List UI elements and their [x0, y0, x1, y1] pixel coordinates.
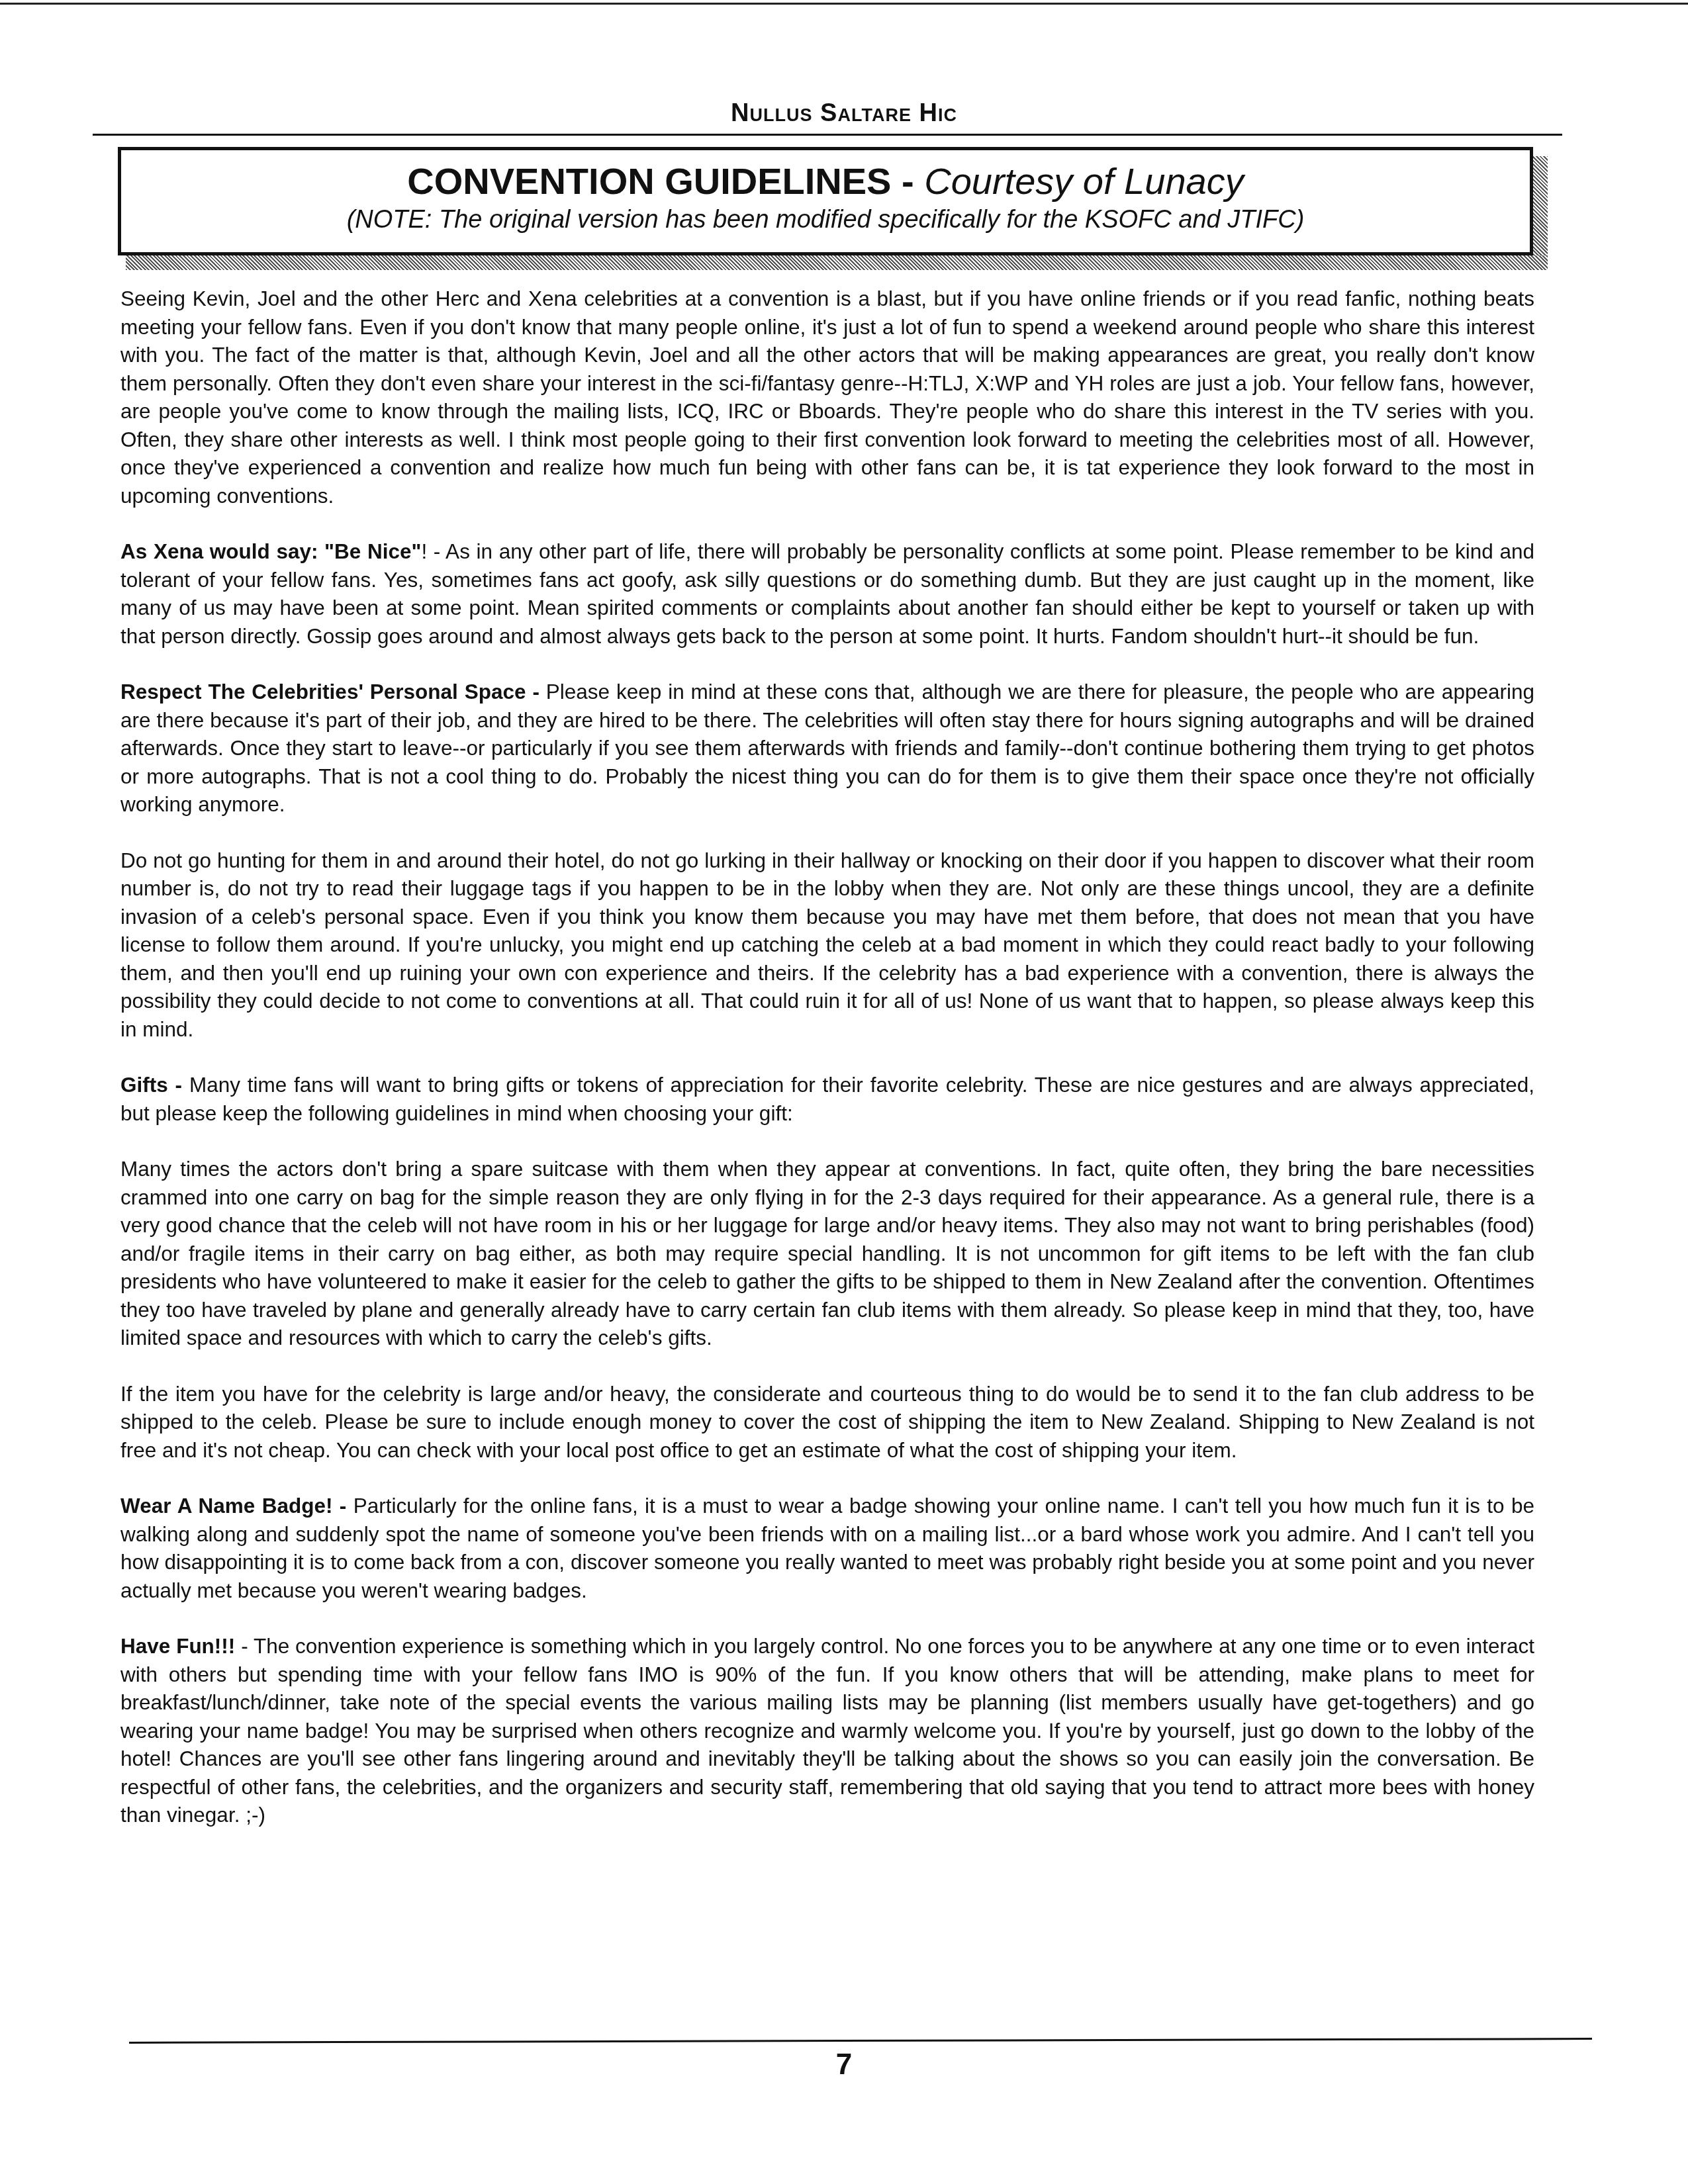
- title-box-shadow-right: [1533, 156, 1548, 270]
- paragraph-intro: Seeing Kevin, Joel and the other Herc an…: [120, 285, 1534, 510]
- paragraph-suitcase: Many times the actors don't bring a spar…: [120, 1155, 1534, 1352]
- title-note: (NOTE: The original version has been mod…: [121, 206, 1530, 234]
- paragraph-text: Do not go hunting for them in and around…: [120, 848, 1534, 1041]
- title-box-shadow-bottom: [126, 255, 1548, 270]
- article-body: Seeing Kevin, Joel and the other Herc an…: [120, 285, 1534, 1857]
- paragraph-text: - The convention experience is something…: [120, 1634, 1534, 1827]
- paragraph-be-nice: As Xena would say: "Be Nice"! - As in an…: [120, 537, 1534, 650]
- paragraph-name-badge: Wear A Name Badge! - Particularly for th…: [120, 1492, 1534, 1604]
- paragraph-lead: Wear A Name Badge! -: [120, 1494, 346, 1518]
- paragraph-personal-space: Respect The Celebrities' Personal Space …: [120, 678, 1534, 819]
- paragraph-lead: As Xena would say: "Be Nice": [120, 539, 421, 563]
- title-courtesy: Courtesy of Lunacy: [924, 160, 1243, 202]
- page-number: 7: [0, 2048, 1688, 2081]
- title-main-text: CONVENTION GUIDELINES: [407, 160, 891, 202]
- paragraph-text: If the item you have for the celebrity i…: [120, 1382, 1534, 1462]
- header-rule: [93, 134, 1562, 136]
- page-title: CONVENTION GUIDELINES - Courtesy of Luna…: [121, 159, 1530, 203]
- title-box: CONVENTION GUIDELINES - Courtesy of Luna…: [118, 147, 1533, 255]
- paragraph-lead: Gifts -: [120, 1073, 182, 1097]
- paragraph-have-fun: Have Fun!!! - The convention experience …: [120, 1632, 1534, 1829]
- paragraph-text: Many time fans will want to bring gifts …: [120, 1073, 1534, 1125]
- paragraph-hunting: Do not go hunting for them in and around…: [120, 846, 1534, 1044]
- title-separator: -: [891, 160, 924, 202]
- paragraph-text: Seeing Kevin, Joel and the other Herc an…: [120, 287, 1534, 508]
- paragraph-text: Many times the actors don't bring a spar…: [120, 1157, 1534, 1349]
- paragraph-gifts: Gifts - Many time fans will want to brin…: [120, 1071, 1534, 1127]
- running-header: Nullus Saltare Hic: [0, 99, 1688, 128]
- paragraph-lead: Respect The Celebrities' Personal Space …: [120, 680, 539, 704]
- paragraph-shipping: If the item you have for the celebrity i…: [120, 1380, 1534, 1465]
- scan-edge-line: [0, 3, 1688, 5]
- paragraph-lead: Have Fun!!!: [120, 1634, 235, 1658]
- footer-rule: [129, 2038, 1592, 2044]
